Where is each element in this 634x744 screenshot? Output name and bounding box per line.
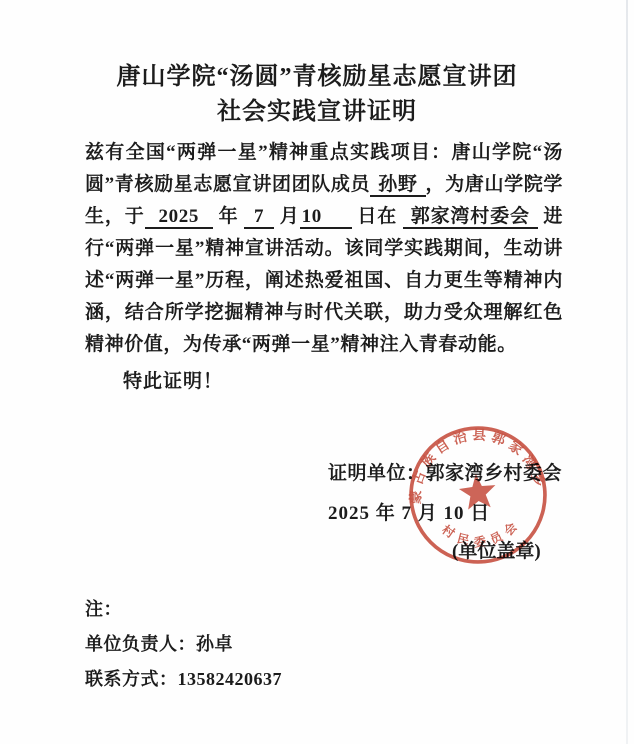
contact-line: 联系方式：13582420637 (85, 662, 282, 697)
contact-value: 13582420637 (178, 669, 283, 689)
note-line: 注： (85, 592, 282, 627)
title-line-1: 唐山学院“汤圆”青核励星志愿宣讲团 (0, 60, 634, 95)
location-blank: 郭家湾村委会 (403, 206, 538, 229)
footer-block: 注： 单位负责人：孙卓 联系方式：13582420637 (85, 592, 282, 697)
responsible-person-label: 单位负责人： (85, 634, 196, 654)
body-segment: 日在 (357, 206, 397, 227)
month-blank: 7 (244, 206, 274, 229)
title-line-2: 社会实践宣讲证明 (0, 95, 634, 130)
year-blank: 2025 (145, 206, 213, 229)
closing-statement: 特此证明！ (123, 366, 223, 393)
seal-arc-bottom-text: 村民委员会 (438, 514, 526, 553)
body-segment: 月 (280, 206, 300, 227)
body-segment: 年 (219, 206, 239, 227)
certificate-body: 兹有全国“两弹一星”精神重点实践项目：唐山学院“汤圆”青核励星志愿宣讲团团队成员… (85, 137, 563, 361)
responsible-person-line: 单位负责人：孙卓 (85, 627, 282, 662)
member-name-blank: 孙野 (370, 174, 425, 197)
seal-star-icon (458, 472, 498, 511)
day-blank: 10 (300, 204, 352, 229)
document-title: 唐山学院“汤圆”青核励星志愿宣讲团 社会实践宣讲证明 (0, 60, 634, 130)
official-seal-stamp-icon: 蒙古族自治县郭家湾乡 村民委员会 (400, 417, 556, 573)
responsible-person-value: 孙卓 (196, 634, 233, 654)
contact-label: 联系方式： (85, 669, 178, 689)
certificate-page: 唐山学院“汤圆”青核励星志愿宣讲团 社会实践宣讲证明 兹有全国“两弹一星”精神重… (0, 0, 634, 744)
